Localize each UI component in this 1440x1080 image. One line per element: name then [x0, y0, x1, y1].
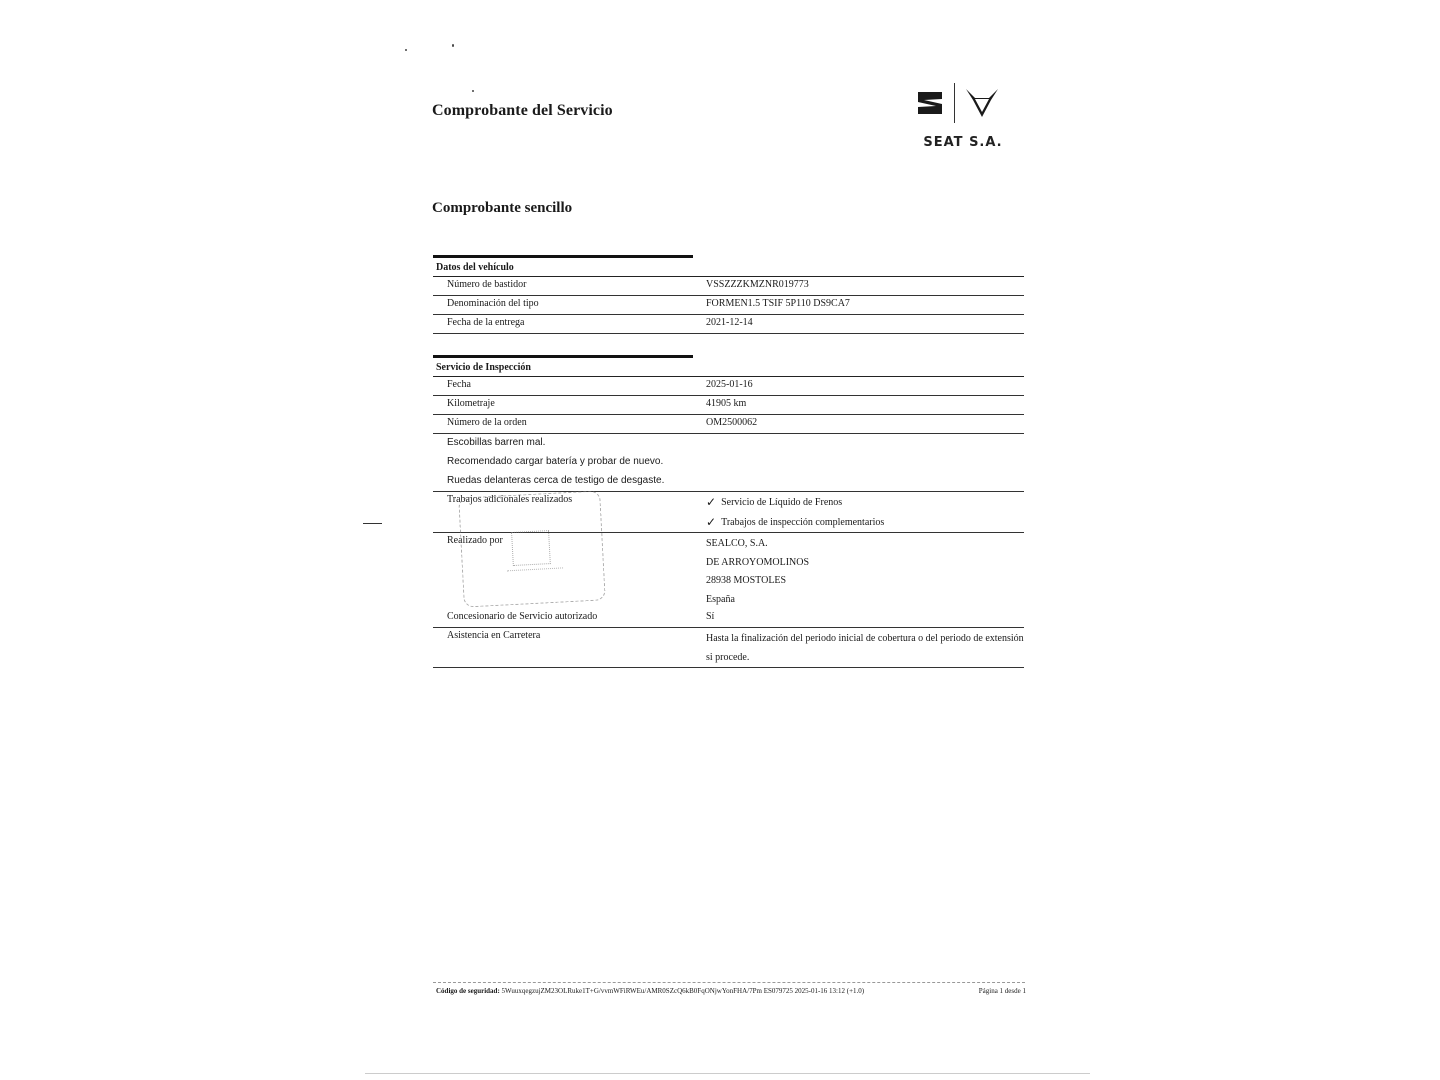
performed-by-address: SEALCO, S.A. DE ARROYOMOLINOS 28938 MOST… — [693, 533, 1024, 609]
row-label: Kilometraje — [433, 396, 693, 414]
roadside-assistance-row: Asistencia en Carretera Hasta la finaliz… — [433, 628, 1024, 668]
dealer-stamp — [458, 490, 606, 607]
page-indicator: Página 1 desde 1 — [979, 987, 1026, 995]
document-subtitle: Comprobante sencillo — [432, 200, 572, 217]
table-row: Fecha 2025-01-16 — [433, 377, 1024, 396]
row-value: Sí — [693, 609, 1024, 627]
section-heading: Datos del vehículo — [433, 258, 1024, 277]
table-row: Kilometraje 41905 km — [433, 396, 1024, 415]
scan-speck — [405, 49, 407, 51]
document-footer: Código de seguridad: 5WuuxqegzujZM23OLRu… — [436, 987, 1026, 995]
checkmark-icon: ✓ — [706, 515, 716, 529]
row-label: Fecha de la entrega — [433, 315, 693, 333]
document-title: Comprobante del Servicio — [432, 102, 613, 120]
vehicle-data-section: Datos del vehículo Número de bastidor VS… — [433, 255, 1024, 334]
address-line: SEALCO, S.A. — [706, 535, 1024, 554]
additional-work-item: ✓ Trabajos de inspección complementarios — [706, 512, 1024, 532]
footer-rule — [433, 982, 1025, 983]
row-label: Número de bastidor — [433, 277, 693, 295]
seat-logo-icon — [916, 91, 944, 115]
row-value: 41905 km — [693, 396, 1024, 414]
row-label: Asistencia en Carretera — [433, 628, 693, 667]
row-value: VSSZZZKMZNR019773 — [693, 277, 1024, 295]
address-line: DE ARROYOMOLINOS — [706, 554, 1024, 573]
address-line: 28938 MOSTOLES — [706, 572, 1024, 591]
additional-work-item: ✓ Servicio de Líquido de Frenos — [706, 492, 1024, 512]
inspection-notes: Escobillas barren mal. Recomendado carga… — [433, 434, 1024, 492]
row-value: 2025-01-16 — [693, 377, 1024, 395]
inspection-note: Recomendado cargar batería y probar de n… — [433, 453, 1024, 472]
cupra-logo-icon — [965, 88, 999, 118]
table-row: Número de la orden OM2500062 — [433, 415, 1024, 434]
table-row: Fecha de la entrega 2021-12-14 — [433, 315, 1024, 334]
scan-speck — [452, 44, 454, 47]
authorized-dealer-row: Concesionario de Servicio autorizado Sí — [433, 609, 1024, 628]
value-line: si procede. — [706, 649, 1024, 668]
security-code-label: Código de seguridad: — [436, 987, 500, 995]
table-row: Denominación del tipo FORMEN1.5 TSIF 5P1… — [433, 296, 1024, 315]
document-reference: ES079725 — [764, 987, 793, 995]
row-label: Número de la orden — [433, 415, 693, 433]
stamp-mark — [511, 530, 551, 566]
inspection-note: Ruedas delanteras cerca de testigo de de… — [433, 472, 1024, 491]
document-timestamp: 2025-01-16 13:12 (+1.0) — [795, 987, 864, 995]
section-heading: Servicio de Inspección — [433, 358, 1024, 377]
checkmark-icon: ✓ — [706, 495, 716, 509]
scan-bottom-edge — [365, 1073, 1090, 1074]
row-value: FORMEN1.5 TSIF 5P110 DS9CA7 — [693, 296, 1024, 314]
additional-work-list: ✓ Servicio de Líquido de Frenos ✓ Trabaj… — [693, 492, 1024, 532]
security-code: 5WuuxqegzujZM23OLRuke1T+G/vvmWFiRWEu/AMR… — [502, 987, 762, 995]
company-name: SEAT S.A. — [916, 135, 1010, 150]
row-label: Concesionario de Servicio autorizado — [433, 609, 693, 627]
roadside-assistance-value: Hasta la finalización del periodo inicia… — [693, 628, 1024, 667]
stamp-mark — [507, 567, 563, 571]
brand-block: SEAT S.A. — [900, 82, 1010, 150]
additional-work-text: Servicio de Líquido de Frenos — [721, 497, 842, 508]
logo-divider — [954, 83, 955, 123]
scan-edge-mark — [363, 523, 382, 524]
address-line: España — [706, 591, 1024, 610]
table-row: Número de bastidor VSSZZZKMZNR019773 — [433, 277, 1024, 296]
security-code-block: Código de seguridad: 5WuuxqegzujZM23OLRu… — [436, 987, 864, 995]
value-line: Hasta la finalización del periodo inicia… — [706, 630, 1024, 649]
row-label: Denominación del tipo — [433, 296, 693, 314]
scan-speck — [472, 90, 474, 92]
row-label: Fecha — [433, 377, 693, 395]
additional-work-text: Trabajos de inspección complementarios — [721, 517, 884, 528]
row-value: OM2500062 — [693, 415, 1024, 433]
inspection-note: Escobillas barren mal. — [433, 434, 1024, 453]
row-value: 2021-12-14 — [693, 315, 1024, 333]
